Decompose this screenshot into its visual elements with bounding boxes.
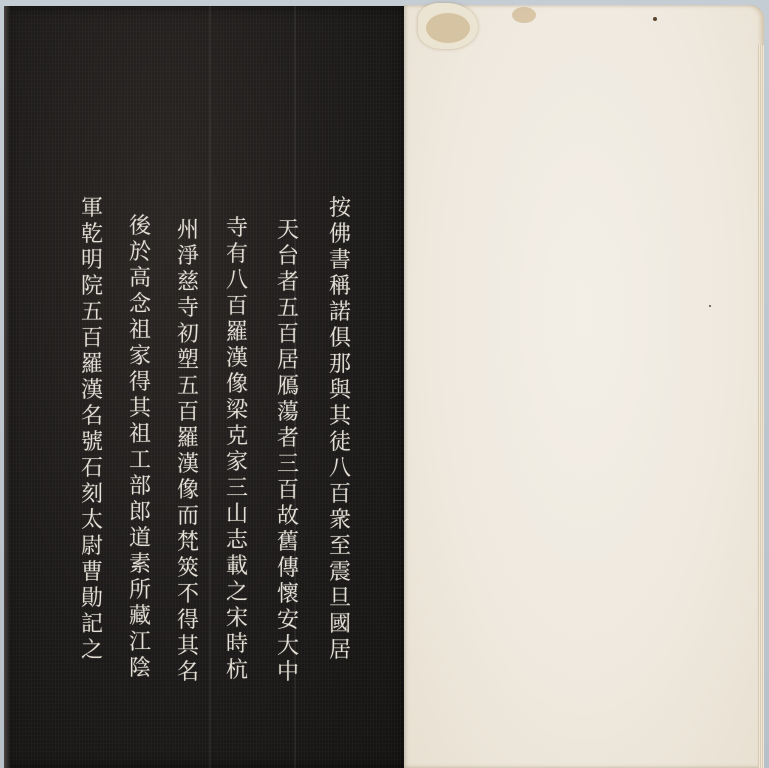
inscription-character: 佛 bbox=[325, 222, 355, 248]
inscription-character: 山 bbox=[222, 502, 252, 528]
inscription-character: 高 bbox=[125, 266, 155, 292]
inscription-character: 明 bbox=[77, 248, 107, 274]
inscription-character: 淨 bbox=[173, 244, 203, 270]
inscription-character: 書 bbox=[325, 248, 355, 274]
inscription-character: 八 bbox=[325, 456, 355, 482]
inscription-character: 宋 bbox=[222, 606, 252, 632]
inscription-character: 台 bbox=[273, 244, 303, 270]
inscription-character: 勛 bbox=[77, 586, 107, 612]
inscription-character: 百 bbox=[273, 322, 303, 348]
rubbing-page: 按佛書稱諾俱那與其徒八百衆至震旦國居 天台者五百居鴈蕩者三百故舊傳懷安大中 寺有… bbox=[4, 6, 406, 768]
inscription-character: 震 bbox=[325, 560, 355, 586]
inscription-character: 素 bbox=[125, 552, 155, 578]
inscription-character: 者 bbox=[273, 426, 303, 452]
inscription-character: 徒 bbox=[325, 430, 355, 456]
inscription-character: 克 bbox=[222, 424, 252, 450]
inscription-character: 其 bbox=[325, 404, 355, 430]
inscription-column-3: 寺有八百羅漢像梁克家三山志載之宋時杭 bbox=[220, 216, 254, 684]
inscription-column-1: 按佛書稱諾俱那與其徒八百衆至震旦國居 bbox=[323, 196, 357, 664]
inscription-character: 衆 bbox=[325, 508, 355, 534]
inscription-character: 之 bbox=[77, 638, 107, 664]
inscription-character: 其 bbox=[173, 634, 203, 660]
inscription-character: 漢 bbox=[77, 378, 107, 404]
inscription-character: 寺 bbox=[173, 296, 203, 322]
inscription-character: 像 bbox=[222, 372, 252, 398]
inscription-character: 者 bbox=[273, 270, 303, 296]
inscription-character: 得 bbox=[173, 608, 203, 634]
inscription-character: 大 bbox=[273, 634, 303, 660]
inscription-character: 郎 bbox=[125, 500, 155, 526]
page-stack-edge bbox=[758, 45, 764, 768]
inscription-character: 杭 bbox=[222, 658, 252, 684]
inscription-character: 漢 bbox=[173, 452, 203, 478]
inscription-character: 中 bbox=[273, 660, 303, 686]
inscription-character: 天 bbox=[273, 218, 303, 244]
inscription-character: 道 bbox=[125, 526, 155, 552]
inscription-character: 號 bbox=[77, 430, 107, 456]
inscription-character: 按 bbox=[325, 196, 355, 222]
inscription-character: 羅 bbox=[77, 352, 107, 378]
inscription-character: 三 bbox=[222, 476, 252, 502]
inscription-character: 家 bbox=[222, 450, 252, 476]
inscription-character: 慈 bbox=[173, 270, 203, 296]
inscription-character: 有 bbox=[222, 242, 252, 268]
inscription-character: 漢 bbox=[222, 346, 252, 372]
inscription-character: 稱 bbox=[325, 274, 355, 300]
inscription-character: 所 bbox=[125, 578, 155, 604]
inscription-character: 五 bbox=[173, 374, 203, 400]
inscription-character: 刻 bbox=[77, 482, 107, 508]
inscription-character: 院 bbox=[77, 274, 107, 300]
inscription-character: 安 bbox=[273, 608, 303, 634]
inscription-character: 那 bbox=[325, 352, 355, 378]
inscription-character: 記 bbox=[77, 612, 107, 638]
inscription-character: 乾 bbox=[77, 222, 107, 248]
inscription-character: 尉 bbox=[77, 534, 107, 560]
inscription-character: 軍 bbox=[77, 196, 107, 222]
inscription-character: 筴 bbox=[173, 556, 203, 582]
inscription-character: 旦 bbox=[325, 586, 355, 612]
inscription-character: 江 bbox=[125, 630, 155, 656]
inscription-character: 石 bbox=[77, 456, 107, 482]
inscription-character: 百 bbox=[325, 482, 355, 508]
inscription-character: 俱 bbox=[325, 326, 355, 352]
inscription-character: 與 bbox=[325, 378, 355, 404]
inscription-character: 百 bbox=[222, 294, 252, 320]
inscription-character: 舊 bbox=[273, 530, 303, 556]
inscription-character: 於 bbox=[125, 240, 155, 266]
inscription-character: 至 bbox=[325, 534, 355, 560]
inscription-character: 名 bbox=[173, 660, 203, 686]
inscription-character: 藏 bbox=[125, 604, 155, 630]
inscription-character: 鴈 bbox=[273, 374, 303, 400]
inscription-column-2: 天台者五百居鴈蕩者三百故舊傳懷安大中 bbox=[271, 218, 305, 686]
inscription-character: 八 bbox=[222, 268, 252, 294]
inscription-character: 時 bbox=[222, 632, 252, 658]
album-photo: 按佛書稱諾俱那與其徒八百衆至震旦國居 天台者五百居鴈蕩者三百故舊傳懷安大中 寺有… bbox=[0, 0, 769, 768]
inscription-character: 傳 bbox=[273, 556, 303, 582]
inscription-character: 國 bbox=[325, 612, 355, 638]
paper-stain bbox=[512, 7, 536, 23]
inscription-character: 陰 bbox=[125, 656, 155, 682]
inscription-character: 不 bbox=[173, 582, 203, 608]
inscription-character: 塑 bbox=[173, 348, 203, 374]
inscription-character: 羅 bbox=[222, 320, 252, 346]
inscription-character: 後 bbox=[125, 214, 155, 240]
inscription-character: 五 bbox=[77, 300, 107, 326]
inscription-character: 蕩 bbox=[273, 400, 303, 426]
inscription-character: 曹 bbox=[77, 560, 107, 586]
inscription-character: 三 bbox=[273, 452, 303, 478]
inscription-character: 祖 bbox=[125, 422, 155, 448]
inscription-character: 州 bbox=[173, 218, 203, 244]
inscription-character: 梵 bbox=[173, 530, 203, 556]
inscription-character: 諾 bbox=[325, 300, 355, 326]
paper-stain bbox=[426, 13, 470, 43]
inscription-character: 載 bbox=[222, 554, 252, 580]
inscription-character: 得 bbox=[125, 370, 155, 396]
inscription-column-4: 州淨慈寺初塑五百羅漢像而梵筴不得其名 bbox=[171, 218, 205, 686]
inscription-character: 部 bbox=[125, 474, 155, 500]
inscription-character: 百 bbox=[273, 478, 303, 504]
inscription-column-6: 軍乾明院五百羅漢名號石刻太尉曹勛記之 bbox=[75, 196, 109, 664]
inscription-character: 家 bbox=[125, 344, 155, 370]
inscription-character: 五 bbox=[273, 296, 303, 322]
inscription-character: 念 bbox=[125, 292, 155, 318]
inscription-character: 其 bbox=[125, 396, 155, 422]
inscription-character: 故 bbox=[273, 504, 303, 530]
inscription-character: 梁 bbox=[222, 398, 252, 424]
inscription-character: 工 bbox=[125, 448, 155, 474]
inscription-character: 居 bbox=[273, 348, 303, 374]
inscription-character: 祖 bbox=[125, 318, 155, 344]
inscription-character: 而 bbox=[173, 504, 203, 530]
inscription-character: 寺 bbox=[222, 216, 252, 242]
inscription-character: 之 bbox=[222, 580, 252, 606]
inscription-character: 羅 bbox=[173, 426, 203, 452]
inscription-character: 太 bbox=[77, 508, 107, 534]
inscription-column-5: 後於高念祖家得其祖工部郎道素所藏江陰 bbox=[123, 214, 157, 682]
blank-page bbox=[404, 5, 764, 768]
inscription-character: 百 bbox=[77, 326, 107, 352]
inscription-character: 居 bbox=[325, 638, 355, 664]
inscription-character: 像 bbox=[173, 478, 203, 504]
inscription: 按佛書稱諾俱那與其徒八百衆至震旦國居 天台者五百居鴈蕩者三百故舊傳懷安大中 寺有… bbox=[4, 6, 406, 768]
inscription-character: 名 bbox=[77, 404, 107, 430]
paper-spot bbox=[709, 305, 711, 307]
inscription-character: 初 bbox=[173, 322, 203, 348]
inscription-character: 懷 bbox=[273, 582, 303, 608]
inscription-character: 百 bbox=[173, 400, 203, 426]
inscription-character: 志 bbox=[222, 528, 252, 554]
paper-spot bbox=[653, 17, 657, 21]
